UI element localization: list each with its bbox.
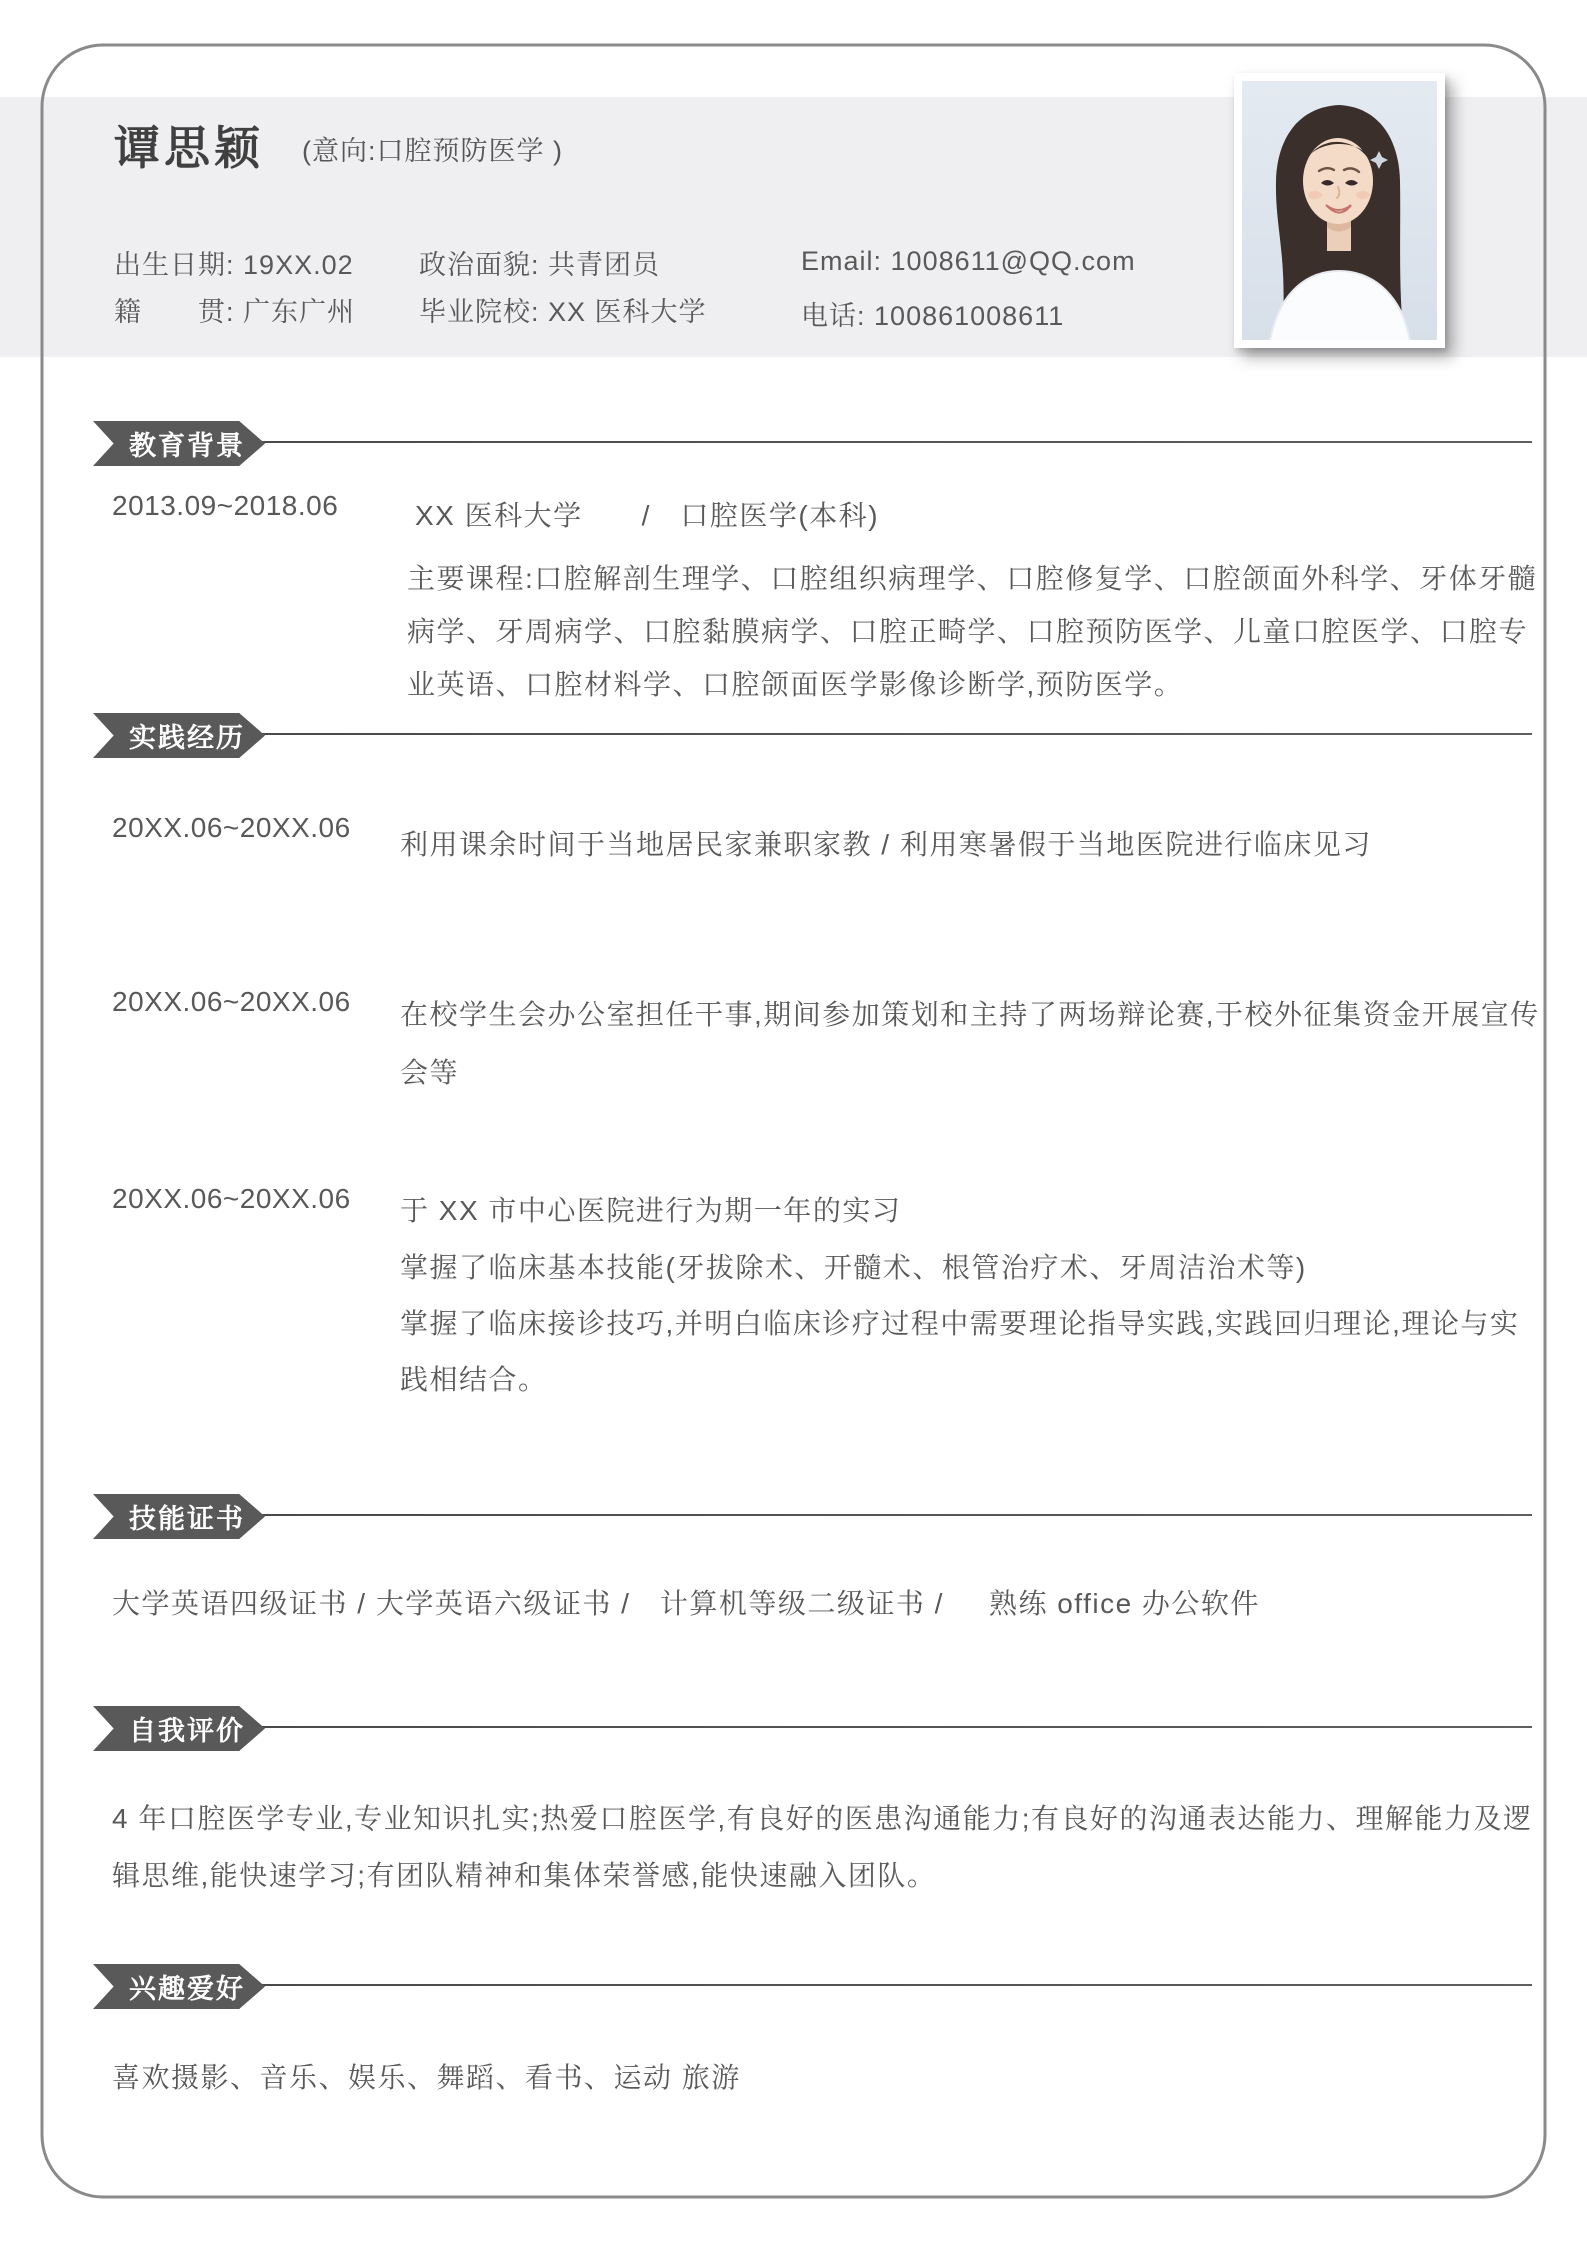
phone-label: 电话:: [801, 301, 866, 331]
id-photo: [1234, 73, 1445, 348]
political-value: 共青团员: [548, 250, 660, 280]
section-title-self-evaluation: 自我评价: [93, 1706, 265, 1751]
section-rule-hobbies: [260, 1984, 1532, 1986]
section-rule-practice: [260, 733, 1532, 735]
phone-field: 电话: 100861008611: [801, 294, 1064, 333]
political-label: 政治面貌:: [419, 250, 540, 280]
email-label: Email:: [801, 246, 882, 276]
section-title-skills: 技能证书: [93, 1494, 265, 1539]
avatar-illustration: [1242, 81, 1437, 340]
origin-label: 籍 贯:: [114, 297, 235, 327]
school-value: XX 医科大学: [548, 297, 707, 327]
section-title-hobbies: 兴趣爱好: [93, 1964, 265, 2009]
birthdate-field: 出生日期: 19XX.02: [114, 243, 354, 282]
section-rule-skills: [260, 1514, 1532, 1516]
birthdate-value: 19XX.02: [243, 250, 354, 280]
phone-value: 100861008611: [874, 301, 1064, 331]
birthdate-label: 出生日期:: [114, 250, 235, 280]
origin-field: 籍 贯: 广东广州: [114, 290, 355, 329]
political-field: 政治面貌: 共青团员: [419, 243, 660, 282]
section-title-education: 教育背景: [93, 421, 265, 466]
section-rule-self-evaluation: [260, 1726, 1532, 1728]
email-field: Email: 1008611@QQ.com: [801, 246, 1136, 277]
email-value: 1008611@QQ.com: [891, 246, 1136, 276]
origin-value: 广东广州: [243, 297, 355, 327]
school-label: 毕业院校:: [419, 297, 540, 327]
section-title-practice: 实践经历: [93, 713, 265, 758]
resume-page: 谭思颖 (意向:口腔预防医学 ) 出生日期: 19XX.02 政治面貌: 共青团…: [0, 0, 1587, 2245]
school-field: 毕业院校: XX 医科大学: [419, 290, 707, 329]
section-rule-education: [260, 441, 1532, 443]
